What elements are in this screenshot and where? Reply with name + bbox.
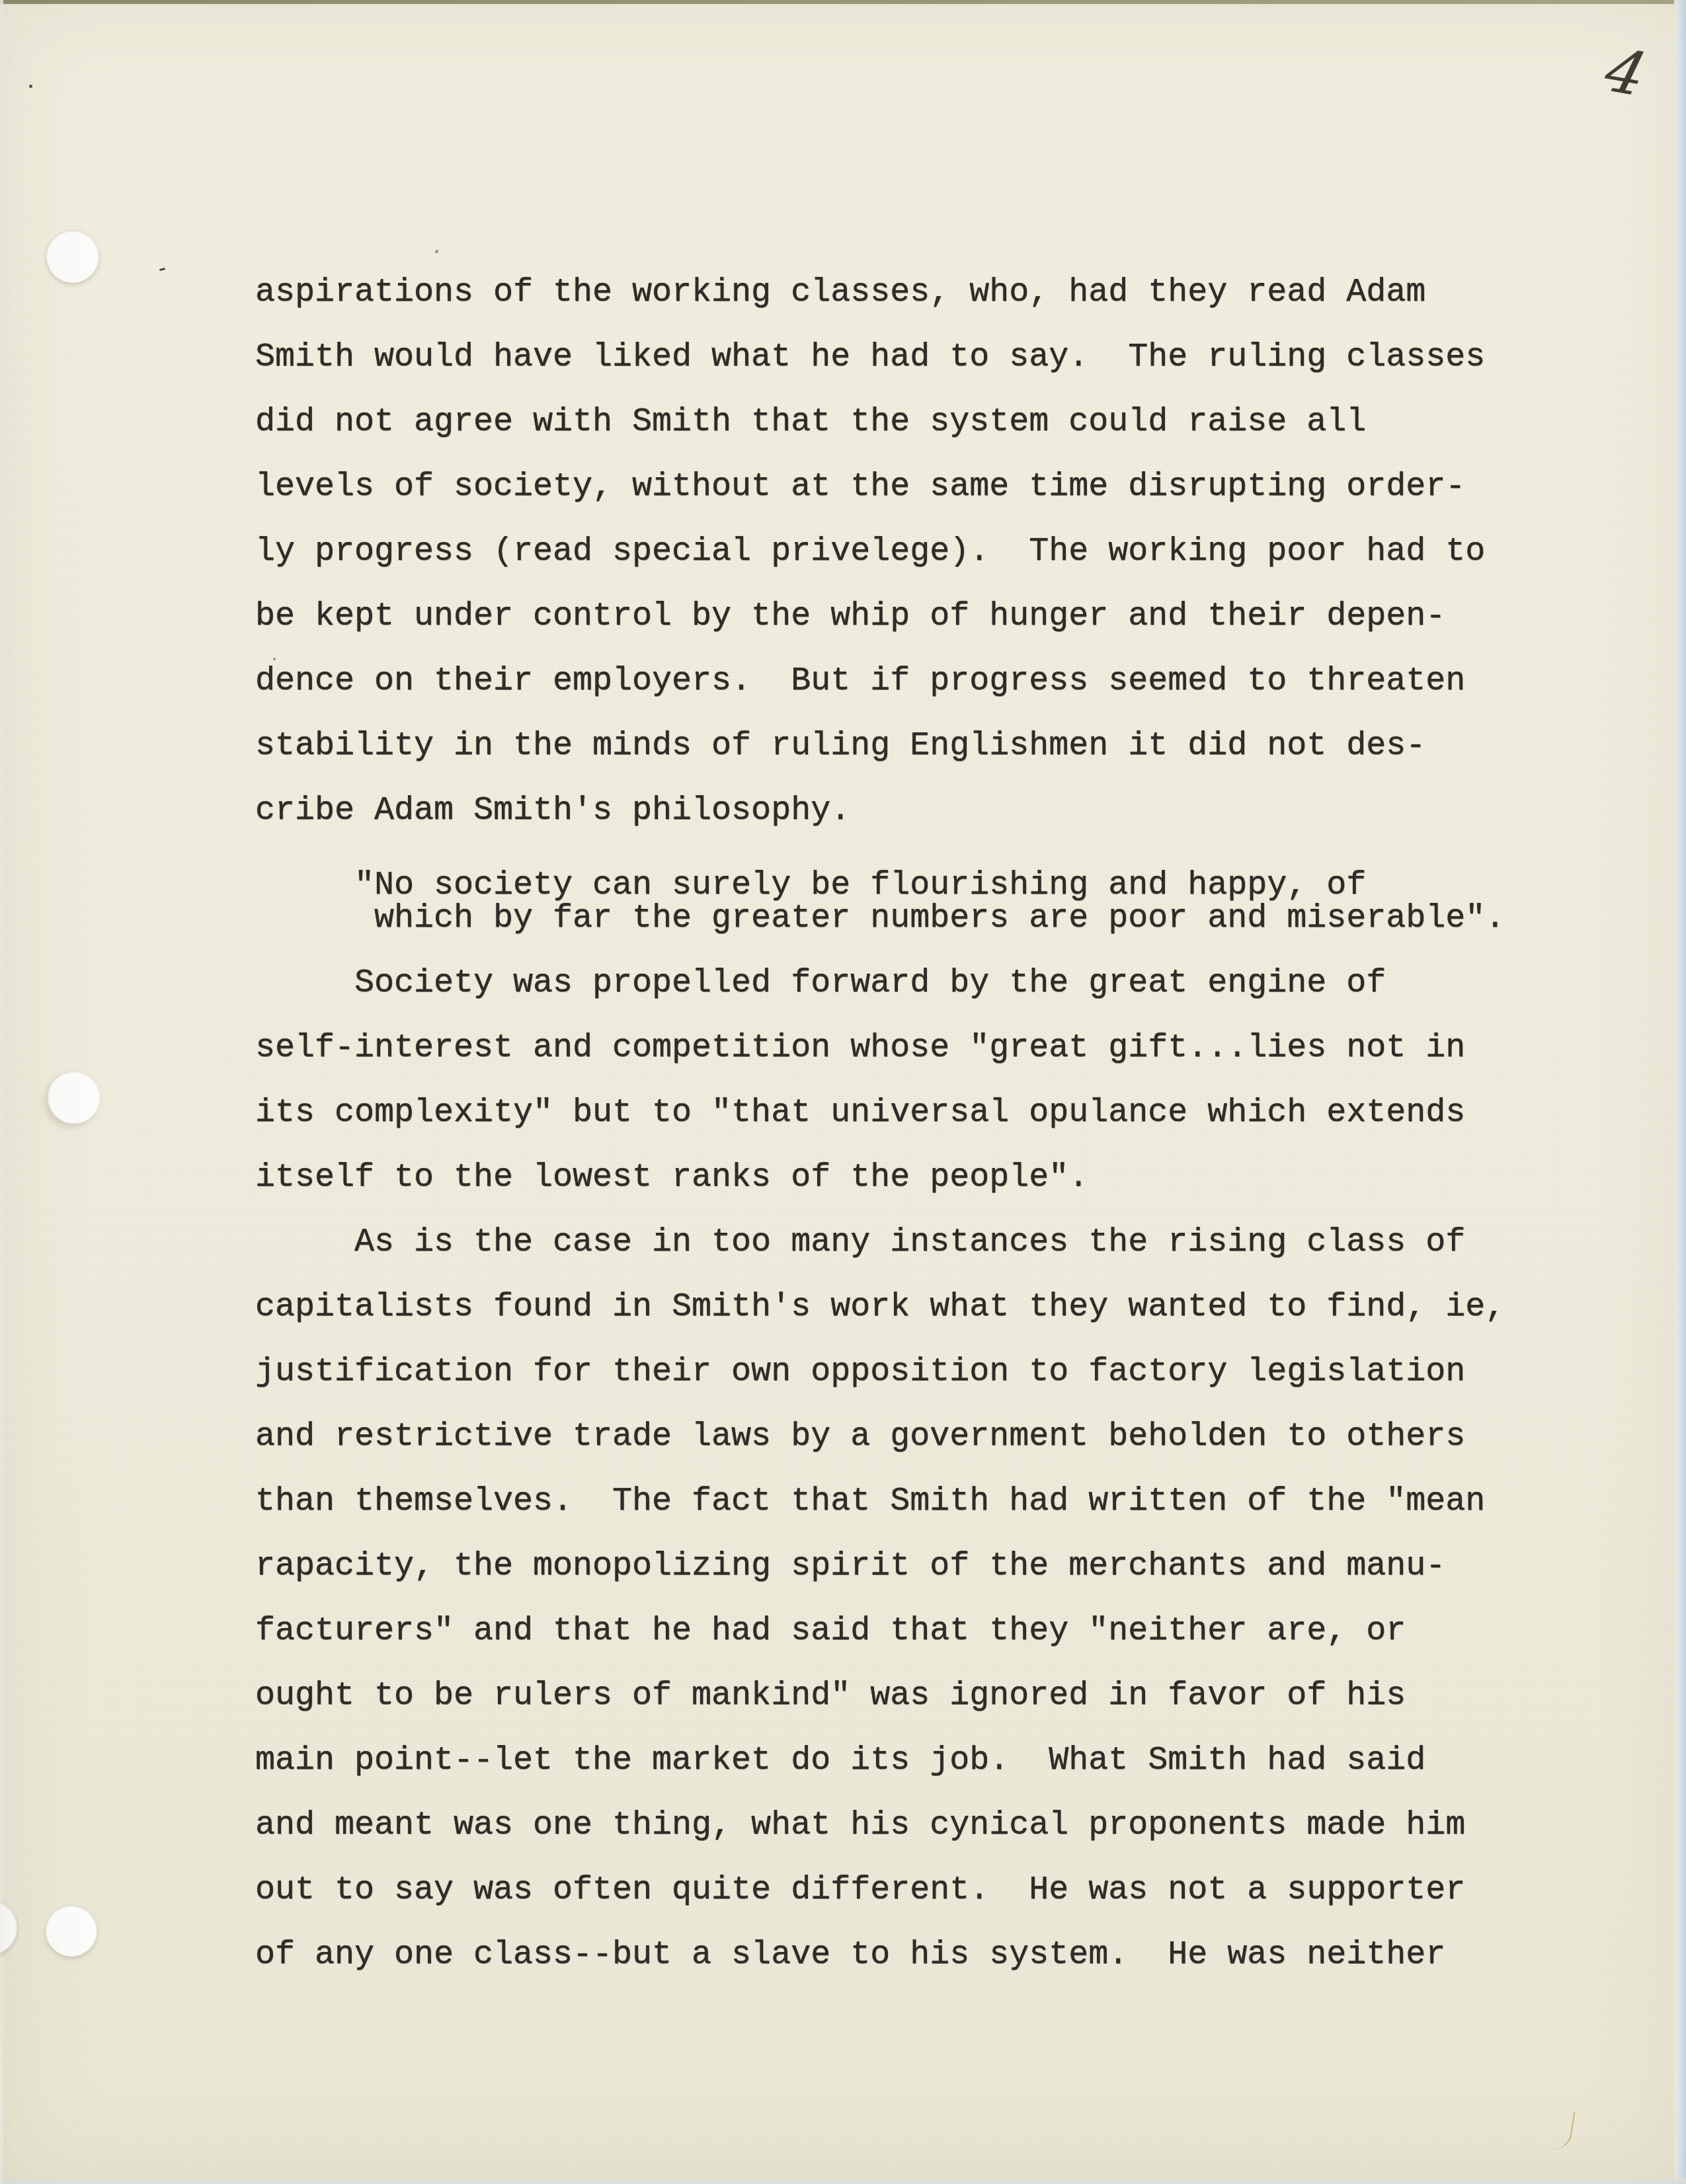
text-line: and restrictive trade laws by a governme… <box>255 1405 1624 1469</box>
text-line: of any one class--but a slave to his sys… <box>255 1923 1624 1988</box>
text-line: than themselves. The fact that Smith had… <box>255 1469 1624 1534</box>
paper-speck <box>159 268 165 271</box>
text-line: cribe Adam Smith's philosophy. <box>255 779 1624 843</box>
scan-edge-left <box>0 0 3 2184</box>
scan-edge-bottom <box>0 2178 1686 2184</box>
text-line: justification for their own opposition t… <box>255 1340 1624 1405</box>
text-line: aspirations of the working classes, who,… <box>255 260 1624 325</box>
hole-punch <box>46 230 99 283</box>
text-line: facturers" and that he had said that the… <box>255 1599 1624 1664</box>
text-line: did not agree with Smith that the system… <box>255 390 1624 455</box>
text-line: levels of society, without at the same t… <box>255 455 1624 520</box>
text-line: ly progress (read special privelege). Th… <box>255 520 1624 584</box>
text-line: be kept under control by the whip of hun… <box>255 584 1624 649</box>
paper-speck <box>273 658 276 660</box>
text-line: which by far the greater numbers are poo… <box>255 902 1624 935</box>
text-line: self-interest and competition whose "gre… <box>255 1016 1624 1081</box>
text-line: Society was propelled forward by the gre… <box>255 951 1624 1016</box>
text-line: ought to be rulers of mankind" was ignor… <box>255 1664 1624 1729</box>
text-line: itself to the lowest ranks of the people… <box>255 1146 1624 1210</box>
paper-fiber <box>1550 2109 1575 2152</box>
hole-punch <box>46 1905 97 1957</box>
text-line: out to say was often quite different. He… <box>255 1858 1624 1923</box>
hole-punch-partial <box>0 1900 17 1955</box>
hole-punch <box>48 1071 100 1124</box>
text-line: and meant was one thing, what his cynica… <box>255 1793 1624 1858</box>
scan-edge-top <box>0 0 1686 4</box>
text-line: rapacity, the monopolizing spirit of the… <box>255 1534 1624 1599</box>
text-line: stability in the minds of ruling English… <box>255 714 1624 779</box>
text-line: "No society can surely be flourishing an… <box>255 869 1624 902</box>
text-line: main point--let the market do its job. W… <box>255 1729 1624 1793</box>
paper-speck <box>29 85 32 88</box>
typewritten-text: aspirations of the working classes, who,… <box>255 260 1624 1988</box>
text-line: capitalists found in Smith's work what t… <box>255 1275 1624 1340</box>
scan-edge-right <box>1674 0 1686 2184</box>
text-line: dence on their employers. But if progres… <box>255 649 1624 714</box>
text-line: its complexity" but to "that universal o… <box>255 1081 1624 1146</box>
page-number: 4 <box>1598 36 1654 110</box>
scanned-typewritten-page: 4 aspirations of the working classes, wh… <box>0 0 1686 2184</box>
text-line: Smith would have liked what he had to sa… <box>255 325 1624 390</box>
paper-speck <box>435 250 438 253</box>
text-line: As is the case in too many instances the… <box>255 1210 1624 1275</box>
